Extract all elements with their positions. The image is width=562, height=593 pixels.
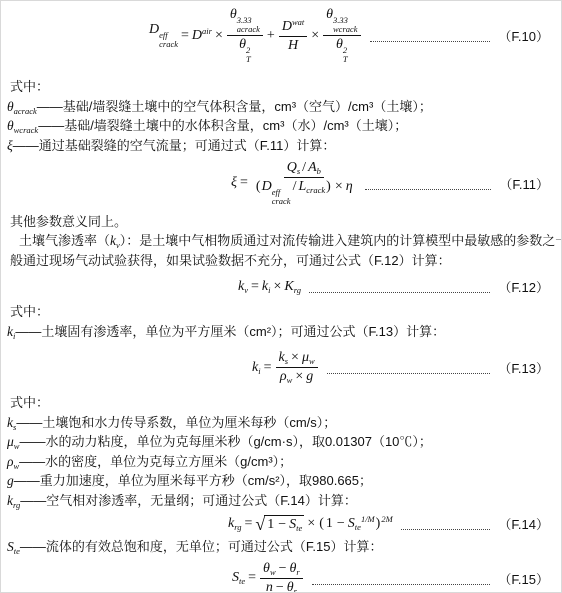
symbol-kv: kv (110, 231, 120, 251)
multiply-sign: × (271, 279, 285, 295)
definition-text: ——重力加速度，单位为厘米每平方秒（cm/s²），取980.665； (14, 473, 372, 488)
paragraph-kv-line2: 般通过现场气动试验获得，如果试验数据不充分，可通过公式（F.12）计算： (1, 251, 561, 271)
definition-text: ——土壤固有渗透率，单位为平方厘米（cm²）；可通过公式（F.13）计算： (15, 324, 445, 339)
symbol-theta-acrack: θacrack (7, 97, 37, 117)
symbol-d-air: Dair (192, 27, 212, 44)
multiply-sign: × (308, 28, 322, 44)
definition-text: ——水的动力粘度，单位为克每厘米秒（g/cm·s），取0.01307（10℃）； (19, 434, 431, 449)
definition-ste: Ste——流体的有效总饱和度，无单位；可通过公式（F.15）计算： (1, 537, 561, 557)
formula-f11: ξ = Qs/Ab (Deffcrack/Lcrack)×η （F.11） (1, 155, 561, 209)
definition-text: ——土壤饱和水力传导系数，单位为厘米每秒（cm/s）； (16, 415, 336, 430)
where-clause-3: 式中： (1, 393, 561, 413)
definition-krg: krg——空气相对渗透率，无量纲；可通过公式（F.14）计算： (1, 491, 561, 511)
exponent-2m: 2M (381, 514, 392, 524)
multiply-sign: × (304, 516, 318, 532)
formula-f10-expression: Deffcrack = Dair × θ3.33acrack θ2T + Dwa… (149, 7, 362, 64)
fraction-theta-wcrack: θ3.33wcrack θ2T (323, 7, 360, 64)
minus-sign: − (334, 516, 348, 531)
symbol-eta: η (346, 179, 353, 195)
formula-f11-expression: ξ = Qs/Ab (Deffcrack/Lcrack)×η (231, 160, 357, 206)
fraction-f11: Qs/Ab (Deffcrack/Lcrack)×η (252, 160, 356, 206)
equals-sign: = (261, 360, 275, 376)
definition-text: ——水的密度，单位为克每立方厘米（g/cm³）； (19, 454, 292, 469)
symbol-ste: Ste (232, 570, 245, 586)
symbol-krg: Krg (284, 279, 301, 295)
fraction-d-wat-h: Dwat H (279, 18, 307, 54)
formula-f15-expression: Ste = θw−θr n−θr (232, 561, 304, 593)
square-root: √ 1−Ste (255, 515, 304, 533)
formula-label-f10: （F.10） (498, 26, 561, 45)
dotted-leader (401, 529, 491, 530)
formula-f13-expression: ki = ks×μw ρw×g (252, 350, 319, 385)
fraction-f13: ks×μw ρw×g (276, 350, 318, 385)
formula-f13: ki = ks×μw ρw×g （F.13） (1, 341, 561, 393)
formula-label-f14: （F.14） (498, 514, 561, 533)
symbol-ks: ks (7, 413, 16, 433)
minus-sign: − (276, 561, 290, 576)
dotted-leader (370, 41, 491, 42)
definition-mu-w: μw——水的动力粘度，单位为克每厘米秒（g/cm·s），取0.01307（10℃… (1, 432, 561, 452)
definition-theta-wcrack: θwcrack——基础/墙裂缝土壤中的水体积含量，cm³（水）/cm³（土壤）； (1, 116, 561, 136)
minus-sign: − (275, 517, 289, 532)
equals-sign: = (245, 570, 259, 586)
symbol-ste: Ste (7, 537, 20, 557)
definition-g: g——重力加速度，单位为厘米每平方秒（cm/s²），取980.665； (1, 471, 561, 491)
plus-sign: + (264, 28, 278, 44)
formula-f10: Deffcrack = Dair × θ3.33acrack θ2T + Dwa… (1, 3, 561, 71)
formula-f12: kv = ki × Krg （F.12） (1, 270, 561, 302)
dotted-leader (312, 584, 491, 585)
paragraph-kv-line1: 土壤气渗透率（kv）：是土壤中气相物质通过对流传输进入建筑内的计算模型中最敏感的… (1, 231, 561, 251)
symbol-g: g (7, 471, 14, 491)
parenthesized-term: (1−Ste1/M)2M (318, 515, 392, 532)
other-params-note: 其他参数意义同上。 (1, 212, 561, 232)
definition-theta-acrack: θacrack——基础/墙裂缝土壤中的空气体积含量，cm³（空气）/cm³（土壤… (1, 97, 561, 117)
dotted-leader (309, 292, 490, 293)
formula-label-f15: （F.15） (498, 569, 561, 588)
symbol-theta-wcrack: θwcrack (7, 116, 38, 136)
symbol-ki: ki (262, 279, 271, 295)
where-clause-2: 式中： (1, 302, 561, 322)
definition-ki: ki——土壤固有渗透率，单位为平方厘米（cm²）；可通过公式（F.13）计算： (1, 322, 561, 342)
definition-text: ——基础/墙裂缝土壤中的水体积含量，cm³（水）/cm³（土壤）； (38, 118, 407, 133)
where-clause-1: 式中： (1, 77, 561, 97)
formula-label-f12: （F.12） (498, 277, 561, 296)
definition-rho-w: ρw——水的密度，单位为克每立方厘米（g/cm³）； (1, 452, 561, 472)
formula-label-f11: （F.11） (499, 174, 561, 193)
symbol-g: g (306, 369, 313, 385)
dotted-leader (327, 373, 491, 374)
symbol-ki: ki (252, 360, 261, 376)
multiply-sign: × (292, 369, 306, 384)
formula-f14-expression: krg = √ 1−Ste × (1−Ste1/M)2M (228, 515, 393, 533)
definition-text: ——空气相对渗透率，无量纲；可通过公式（F.14）计算： (20, 493, 357, 508)
formula-label-f13: （F.13） (498, 358, 561, 377)
multiply-sign: × (212, 28, 226, 44)
multiply-sign: × (288, 350, 302, 365)
equals-sign: = (178, 28, 192, 44)
equals-sign: = (248, 279, 262, 295)
definition-text: ——基础/墙裂缝土壤中的空气体积含量，cm³（空气）/cm³（土壤）； (37, 99, 432, 114)
dotted-leader (365, 189, 492, 190)
equals-sign: = (237, 175, 251, 191)
symbol-kv: kv (238, 279, 248, 295)
fraction-f15: θw−θr n−θr (260, 561, 303, 593)
definition-xi: ξ——通过基础裂缝的空气流量；可通过式（F.11）计算： (1, 136, 561, 156)
symbol-rho-w: ρw (7, 452, 19, 472)
definition-ks: ks——土壤饱和水力传导系数，单位为厘米每秒（cm/s）； (1, 413, 561, 433)
multiply-sign: × (332, 179, 346, 194)
definition-text: ——通过基础裂缝的空气流量；可通过式（F.11）计算： (13, 138, 336, 153)
symbol-d-eff-crack: Deffcrack (149, 22, 178, 49)
formula-f12-expression: kv = ki × Krg (238, 279, 301, 295)
symbol-krg: krg (228, 516, 241, 532)
formula-f14: krg = √ 1−Ste × (1−Ste1/M)2M （F.14） (1, 510, 561, 537)
equals-sign: = (241, 516, 255, 532)
minus-sign: − (273, 580, 287, 593)
symbol-mu-w: μw (7, 432, 19, 452)
document-page: Deffcrack = Dair × θ3.33acrack θ2T + Dwa… (0, 0, 562, 593)
symbol-krg: krg (7, 491, 20, 511)
definition-text: ——流体的有效总饱和度，无单位；可通过公式（F.15）计算： (20, 539, 383, 554)
fraction-theta-acrack: θ3.33acrack θ2T (227, 7, 263, 64)
formula-f15: Ste = θw−θr n−θr （F.15） (1, 557, 561, 593)
